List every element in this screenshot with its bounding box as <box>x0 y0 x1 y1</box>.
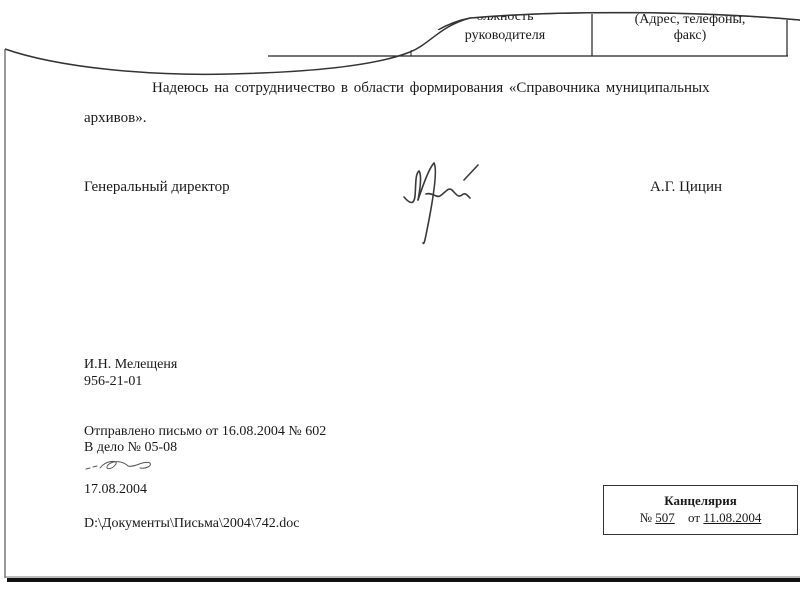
stamp-number-line: № 507 от 11.08.2004 <box>604 509 797 526</box>
signer-position: Генеральный директор <box>84 179 230 196</box>
position-header: руководителя <box>420 28 590 44</box>
wave-mask <box>0 0 800 30</box>
dispatch-file-line: В дело № 05-08 <box>84 440 177 456</box>
registry-stamp: Канцелярия № 507 от 11.08.2004 <box>603 485 798 535</box>
dispatch-date: 17.08.2004 <box>84 482 147 498</box>
executor-name: И.Н. Мелещеня <box>84 357 177 373</box>
contacts-header-line3: факс) <box>594 28 786 44</box>
body-paragraph-line1: Надеюсь на сотрудничество в области форм… <box>152 80 710 97</box>
body-paragraph-line2: архивов». <box>84 110 147 127</box>
stamp-number: 507 <box>655 510 685 525</box>
initials-icon <box>86 461 150 469</box>
stamp-number-prefix: № <box>640 510 652 525</box>
stamp-date: 11.08.2004 <box>703 510 761 525</box>
file-path: D:\Документы\Письма\2004\742.doc <box>84 516 300 532</box>
executor-phone: 956-21-01 <box>84 374 142 390</box>
dispatch-sent-line: Отправлено письмо от 16.08.2004 № 602 <box>84 424 326 440</box>
signer-name: А.Г. Цицин <box>650 179 722 196</box>
signature-icon <box>404 163 478 243</box>
stamp-from-label: от <box>688 510 700 525</box>
stamp-title: Канцелярия <box>604 492 797 509</box>
